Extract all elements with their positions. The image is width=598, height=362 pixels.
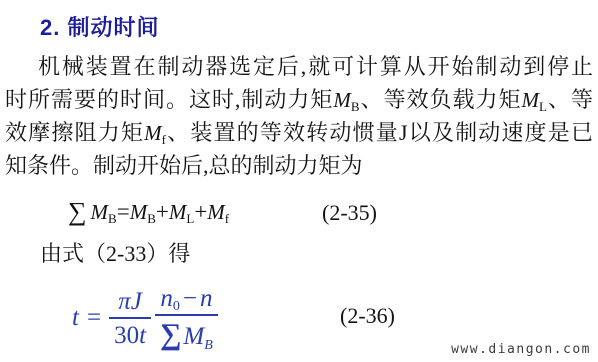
- var-t: t: [139, 322, 146, 349]
- line3-text-b: 、装置的等效转动惯量J以及制动速度是已: [166, 120, 593, 145]
- sub-B: B: [147, 211, 156, 226]
- line1-text: 机械装置在制动器选定后,就可计算从开始制动到停止: [38, 54, 593, 79]
- var-M: M: [522, 88, 540, 112]
- var-J: J: [131, 288, 142, 315]
- document-page: 2. 制动时间 机械装置在制动器选定后,就可计算从开始制动到停止 时所需要的时间…: [0, 0, 598, 362]
- line2-text-a: 时所需要的时间。这时,制动力矩: [5, 87, 333, 112]
- fraction-denominator: ∑MB: [155, 314, 218, 350]
- paragraph-line-1: 机械装置在制动器选定后,就可计算从开始制动到停止: [5, 50, 593, 83]
- equals-sign: =: [117, 199, 130, 224]
- paragraph-line-4: 知条件。制动开始后,总的制动力矩为: [5, 149, 593, 182]
- var-M: M: [130, 200, 148, 224]
- fraction-numerator: πJ: [113, 289, 147, 317]
- line4-text: 知条件。制动开始后,总的制动力矩为: [5, 153, 363, 178]
- equation-2-35: ∑MB=MB+ML+Mf: [68, 197, 229, 227]
- sub-L: L: [539, 99, 547, 114]
- equation-number-2-36: (2-36): [340, 303, 395, 329]
- byline-text: 由式（2-33）得: [40, 237, 190, 268]
- section-title: 2. 制动时间: [40, 11, 159, 42]
- minus-sign: −: [180, 285, 200, 312]
- fraction-pij-30t: πJ 30t: [109, 289, 151, 348]
- sigma-symbol: ∑: [160, 318, 181, 351]
- fraction-numerator: n0−n: [155, 286, 217, 314]
- site-watermark: www.diangon.com: [451, 342, 591, 357]
- equation-number-2-35: (2-35): [322, 200, 377, 226]
- sub-f: f: [162, 132, 166, 147]
- var-M: M: [169, 200, 187, 224]
- plus-sign: +: [194, 199, 207, 224]
- sub-f: f: [225, 211, 229, 226]
- sub-B: B: [351, 99, 360, 114]
- sub-L: L: [186, 211, 194, 226]
- equation-2-36: t = πJ 30t n0−n ∑MB: [72, 281, 218, 355]
- var-M: M: [91, 200, 109, 224]
- var-M: M: [333, 88, 351, 112]
- var-pi: π: [118, 288, 131, 315]
- number-30: 30: [114, 322, 139, 349]
- var-t: t: [72, 304, 79, 332]
- body-paragraph: 机械装置在制动器选定后,就可计算从开始制动到停止 时所需要的时间。这时,制动力矩…: [5, 50, 593, 182]
- line3-text-a: 效摩擦阻力矩: [5, 120, 144, 145]
- var-M: M: [144, 121, 162, 145]
- var-n: n: [200, 285, 213, 312]
- var-M: M: [207, 200, 225, 224]
- fraction-n0n-sumMB: n0−n ∑MB: [155, 286, 218, 350]
- paragraph-line-3: 效摩擦阻力矩Mf、装置的等效转动惯量J以及制动速度是已: [5, 116, 593, 149]
- sigma-symbol: ∑: [68, 197, 87, 226]
- var-M: M: [183, 323, 204, 350]
- paragraph-line-2: 时所需要的时间。这时,制动力矩MB、等效负载力矩ML、等: [5, 83, 593, 116]
- sub-0: 0: [173, 299, 180, 314]
- equals-sign: =: [87, 304, 101, 332]
- line2-text-b: 、等效负载力矩: [360, 87, 522, 112]
- sub-B: B: [204, 338, 213, 353]
- fraction-denominator: 30t: [109, 317, 151, 348]
- equation-row-2-35: ∑MB=MB+ML+Mf (2-35): [0, 197, 598, 231]
- var-n0: n: [160, 285, 173, 312]
- plus-sign: +: [156, 199, 169, 224]
- line2-text-c: 、等: [547, 87, 593, 112]
- sub-B: B: [108, 211, 117, 226]
